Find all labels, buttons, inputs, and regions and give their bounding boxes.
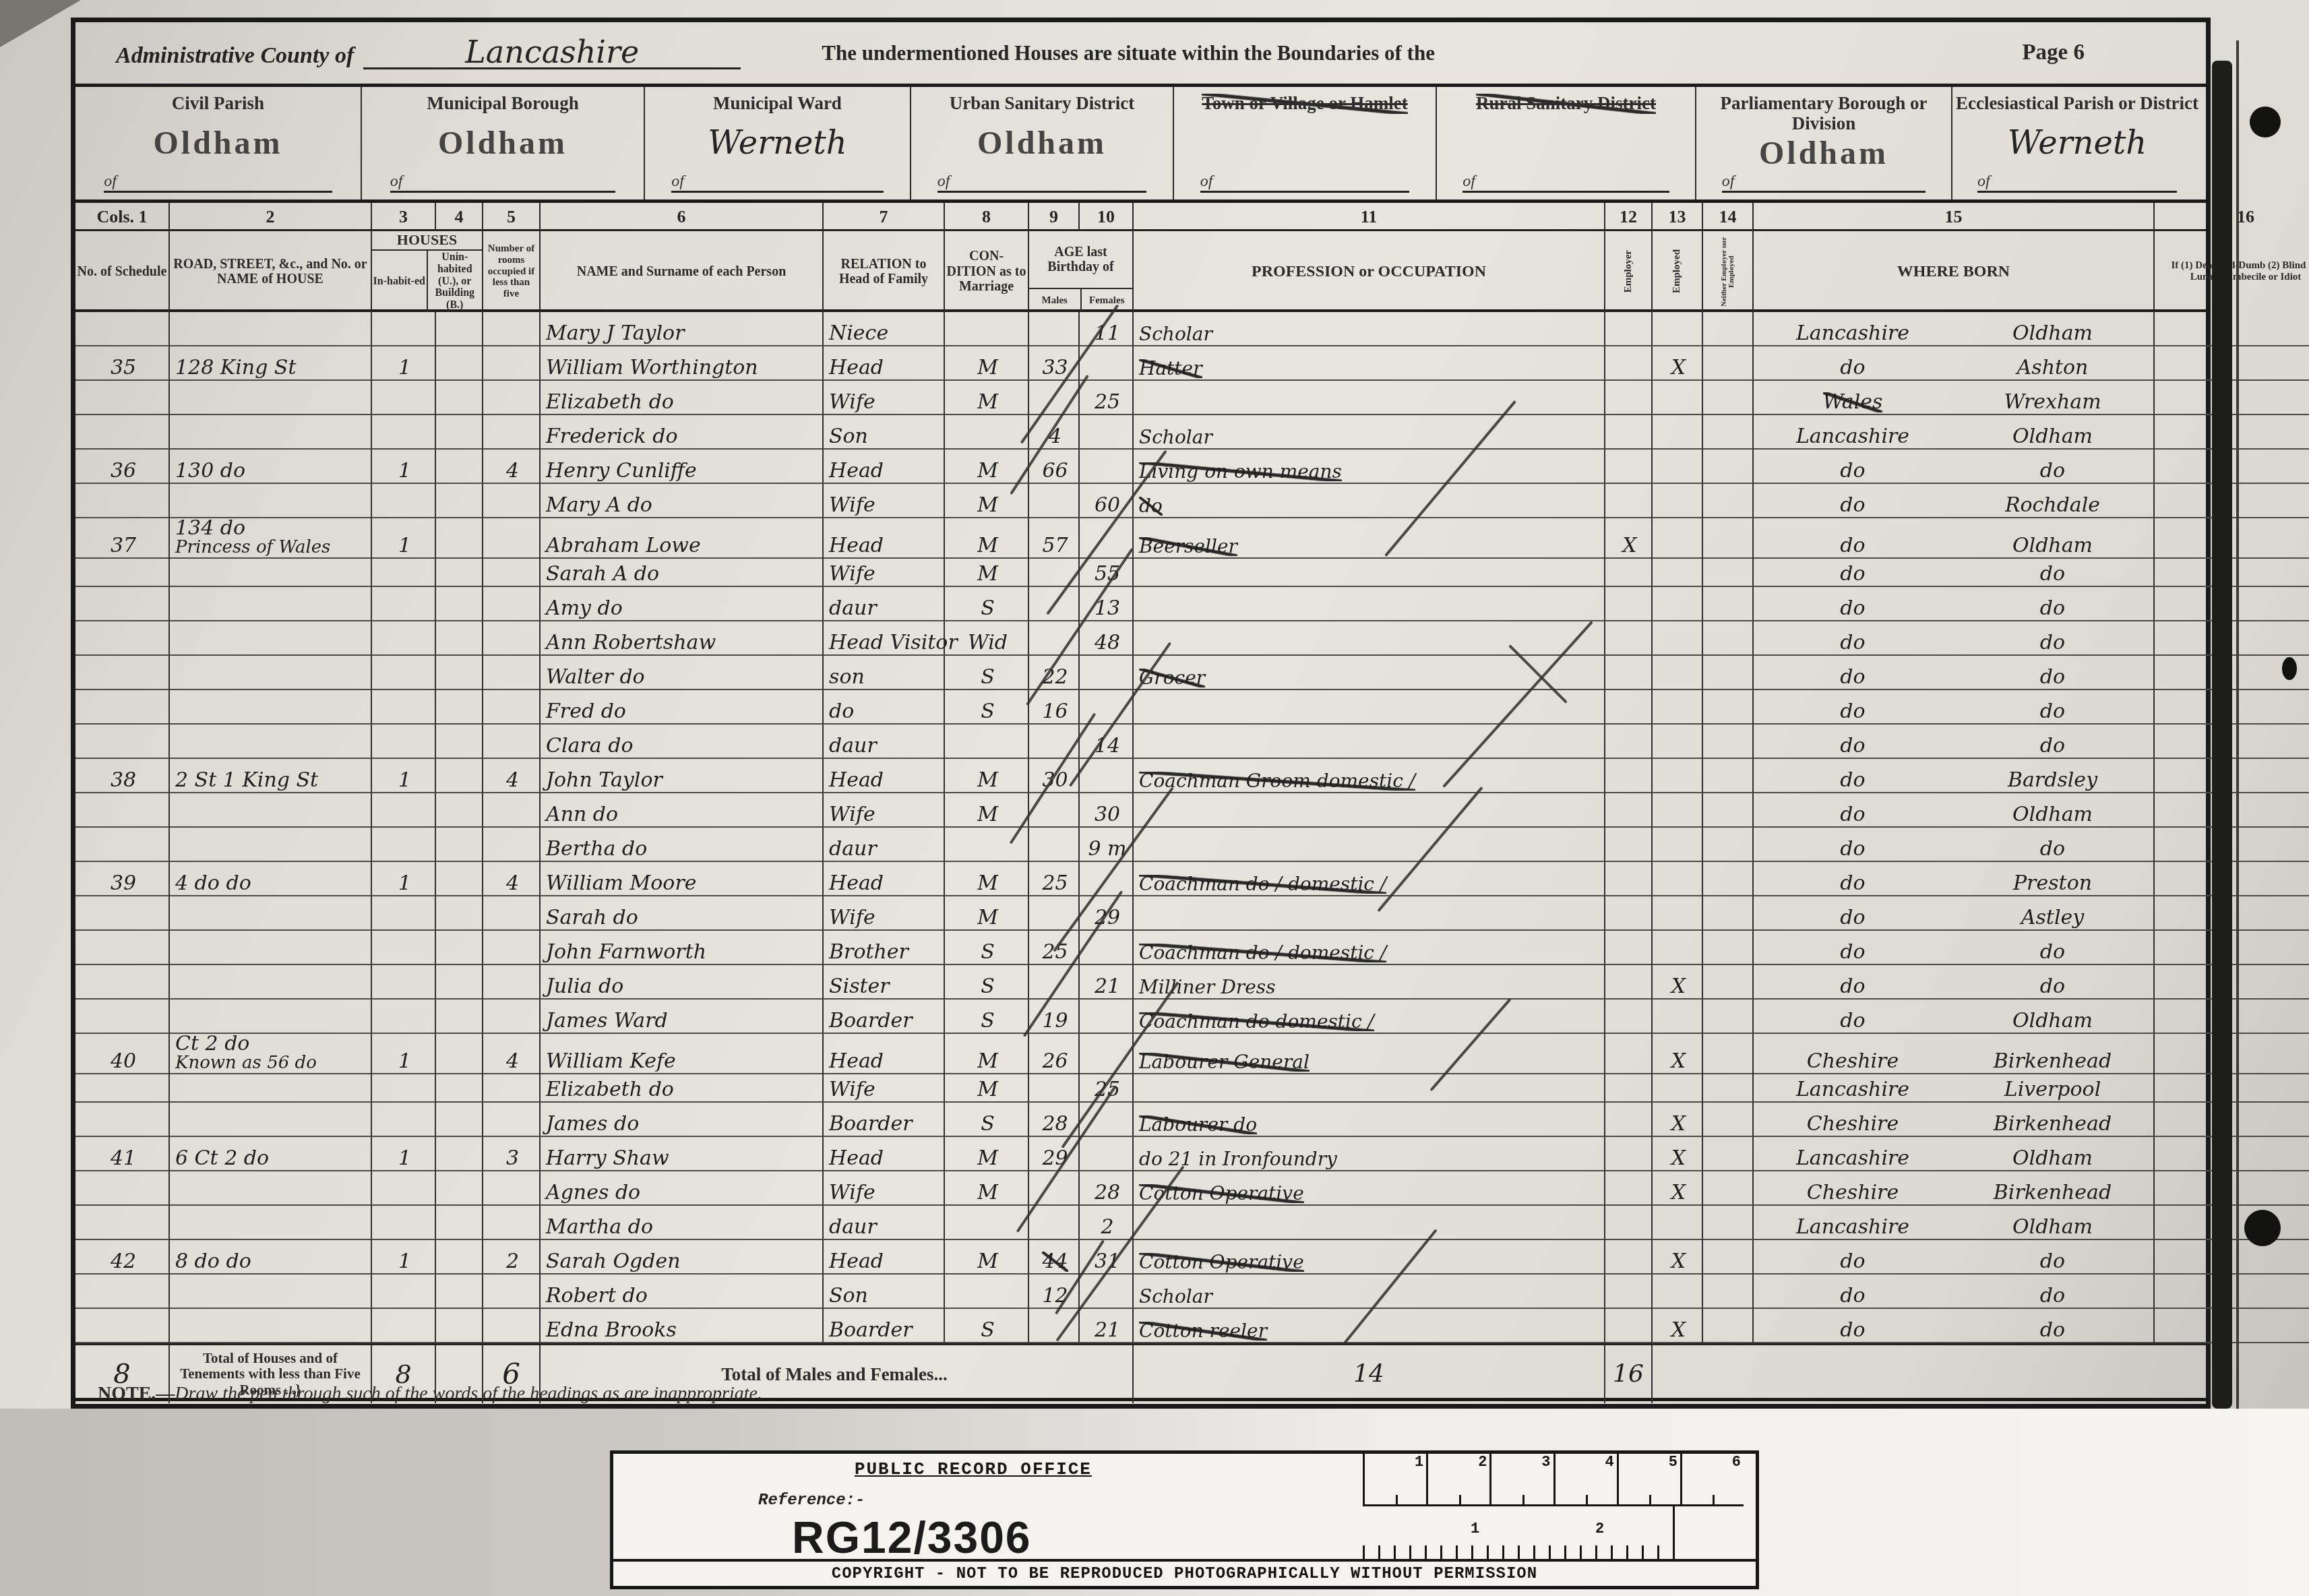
- cell-prof: Scholar: [1134, 415, 1605, 450]
- cell-addr: 4 do do: [170, 862, 372, 896]
- cell-born1: do: [1754, 896, 1949, 931]
- cell-rel: Niece: [824, 312, 945, 346]
- cell-prof: [1134, 553, 1605, 587]
- col-num: 15: [1754, 203, 2155, 231]
- cell-born2: do: [1949, 553, 2155, 587]
- cell-empd: [1653, 690, 1703, 725]
- cell-rel: do: [824, 690, 945, 725]
- cell-rel: Wife: [824, 381, 945, 415]
- cell-rooms: [483, 725, 541, 759]
- cell-born2: Wrexham: [1949, 381, 2155, 415]
- cell-sched: [75, 587, 170, 621]
- cell-addr: [170, 1206, 372, 1240]
- cell-prof: Milliner Dress: [1134, 965, 1605, 1000]
- cell-inh: [372, 312, 436, 346]
- cell-inh: [372, 1068, 436, 1103]
- cell-uninh: [436, 828, 483, 862]
- cell-empr: [1605, 312, 1653, 346]
- cell-empd: X: [1653, 1171, 1703, 1206]
- cell-name: Robert do: [541, 1275, 824, 1309]
- cell-cond: M: [945, 862, 1029, 896]
- cell-ageM: [1029, 725, 1080, 759]
- cell-uninh: [436, 1000, 483, 1034]
- district-label-struck: Rural Sanitary District: [1476, 94, 1656, 114]
- cell-empd: X: [1653, 1240, 1703, 1275]
- cell-sched: [75, 484, 170, 518]
- cell-empd: [1653, 1000, 1703, 1034]
- cell-empd: X: [1653, 346, 1703, 381]
- cell-empd: [1653, 1206, 1703, 1240]
- cell-inh: 1: [372, 759, 436, 793]
- cell-prof: Hatter: [1134, 346, 1605, 381]
- cell-nei: [1703, 1068, 1754, 1103]
- administrative-county: Administrative County of Lancashire: [116, 36, 741, 69]
- cell-inh: [372, 1206, 436, 1240]
- cell-ageM: [1029, 1068, 1080, 1103]
- cell-rooms: 3: [483, 1137, 541, 1171]
- cell-ageF: [1080, 1275, 1134, 1309]
- cell-nei: [1703, 725, 1754, 759]
- cell-name: Bertha do: [541, 828, 824, 862]
- cell-rel: Wife: [824, 793, 945, 828]
- admin-county-value-handwritten: Lancashire: [465, 34, 639, 70]
- cell-born1: Wales: [1754, 381, 1949, 415]
- stamped-value: Oldham: [153, 125, 282, 162]
- cell-inh: [372, 1103, 436, 1137]
- cell-cond: M: [945, 450, 1029, 484]
- cell-empr: [1605, 1000, 1653, 1034]
- cell-rooms: [483, 1068, 541, 1103]
- cell-prof: do: [1134, 484, 1605, 518]
- cell-name: Julia do: [541, 965, 824, 1000]
- cell-born2: do: [1949, 1240, 2155, 1275]
- cell-addr: [170, 1000, 372, 1034]
- cell-inh: [372, 793, 436, 828]
- table-row: Elizabeth doWifeM25LancashireLiverpool: [75, 1068, 2206, 1103]
- cell-born2: Astley: [1949, 896, 2155, 931]
- cell-prof: [1134, 1068, 1605, 1103]
- cell-inh: [372, 725, 436, 759]
- cell-born1: do: [1754, 450, 1949, 484]
- col-header-females: Females: [1082, 289, 1133, 312]
- table-row: 394 do do14William MooreHeadM25Coachman …: [75, 862, 2206, 896]
- cell-uninh: [436, 725, 483, 759]
- page-number: Page 6: [2022, 40, 2085, 65]
- cell-sched: [75, 656, 170, 690]
- cell-inh: [372, 621, 436, 656]
- cell-uninh: [436, 896, 483, 931]
- cell-nei: [1703, 553, 1754, 587]
- cell-prof: [1134, 793, 1605, 828]
- cell-born2: Preston: [1949, 862, 2155, 896]
- cell-born1: do: [1754, 1309, 1949, 1343]
- cell-born2: Oldham: [1949, 793, 2155, 828]
- cell-cond: S: [945, 931, 1029, 965]
- cell-cond: M: [945, 759, 1029, 793]
- cell-addr: [170, 553, 372, 587]
- cell-prof: Living on own means: [1134, 450, 1605, 484]
- cell-addr: [170, 793, 372, 828]
- cell-ageM: [1029, 965, 1080, 1000]
- page-edge-line: [2236, 40, 2239, 1409]
- col-header-name: NAME and Surname of each Person: [541, 231, 824, 312]
- cell-uninh: [436, 1137, 483, 1171]
- cell-empr: [1605, 793, 1653, 828]
- cell-prof: [1134, 1206, 1605, 1240]
- cell-rooms: [483, 793, 541, 828]
- cell-rel: daur: [824, 587, 945, 621]
- cell-uninh: [436, 793, 483, 828]
- cell-cond: [945, 725, 1029, 759]
- cell-ageF: [1080, 415, 1134, 450]
- cell-cond: M: [945, 346, 1029, 381]
- cell-cond: M: [945, 381, 1029, 415]
- cell-prof: Coachman do domestic /: [1134, 1000, 1605, 1034]
- cell-name: Sarah A do: [541, 553, 824, 587]
- cell-nei: [1703, 896, 1754, 931]
- cell-name: Amy do: [541, 587, 824, 621]
- cell-ageF: 9 m: [1080, 828, 1134, 862]
- district-label: Municipal Borough: [427, 94, 578, 114]
- cell-sched: 35: [75, 346, 170, 381]
- cell-addr: 8 do do: [170, 1240, 372, 1275]
- inch-mark: 2: [1478, 1454, 1487, 1471]
- houses-group-label: HOUSES: [372, 231, 482, 251]
- cell-rel: daur: [824, 725, 945, 759]
- cell-uninh: [436, 931, 483, 965]
- cell-cond: S: [945, 690, 1029, 725]
- cell-nei: [1703, 381, 1754, 415]
- cell-name: Ann do: [541, 793, 824, 828]
- cell-cond: S: [945, 965, 1029, 1000]
- cell-rel: son: [824, 656, 945, 690]
- of-underline: of: [104, 173, 332, 193]
- cell-addr: [170, 896, 372, 931]
- cell-sched: [75, 1171, 170, 1206]
- column-number-row: Cols. 1 2 3 4 5 6 7 8 9 10 11 12 13 14 1…: [75, 203, 2206, 231]
- cell-born1: do: [1754, 828, 1949, 862]
- cell-rooms: [483, 656, 541, 690]
- cell-ageF: [1080, 759, 1134, 793]
- cell-uninh: [436, 450, 483, 484]
- cell-cond: Wid: [945, 621, 1029, 656]
- cell-born1: do: [1754, 1275, 1949, 1309]
- cell-born2: do: [1949, 931, 2155, 965]
- cell-empd: [1653, 828, 1703, 862]
- cell-born2: do: [1949, 690, 2155, 725]
- cell-ageF: [1080, 450, 1134, 484]
- district-label: Urban Sanitary District: [950, 94, 1134, 114]
- col-num: 5: [483, 203, 541, 231]
- punch-hole-bottom: [2244, 1210, 2281, 1246]
- cell-empr: [1605, 381, 1653, 415]
- cell-born1: do: [1754, 484, 1949, 518]
- copyright-bar: COPYRIGHT - NOT TO BE REPRODUCED PHOTOGR…: [613, 1559, 1756, 1586]
- cell-rel: Wife: [824, 553, 945, 587]
- table-row: 35128 King St1William WorthingtonHeadM33…: [75, 346, 2206, 381]
- cell-rel: Head: [824, 450, 945, 484]
- table-row: Fred dodoS16dodo: [75, 690, 2206, 725]
- cell-sched: 41: [75, 1137, 170, 1171]
- cell-uninh: [436, 656, 483, 690]
- col-header-where-born: WHERE BORN: [1754, 231, 2155, 312]
- cell-rel: Boarder: [824, 1309, 945, 1343]
- cell-inh: [372, 1275, 436, 1309]
- cell-uninh: [436, 1103, 483, 1137]
- cell-born1: do: [1754, 1000, 1949, 1034]
- cell-cond: M: [945, 896, 1029, 931]
- cell-born1: Lancashire: [1754, 1068, 1949, 1103]
- cell-sched: [75, 725, 170, 759]
- cell-sched: 38: [75, 759, 170, 793]
- cell-nei: [1703, 1000, 1754, 1034]
- cell-uninh: [436, 1206, 483, 1240]
- cell-cond: [945, 312, 1029, 346]
- cell-born1: Lancashire: [1754, 1206, 1949, 1240]
- cell-nei: [1703, 862, 1754, 896]
- cell-empd: [1653, 931, 1703, 965]
- cell-sched: [75, 690, 170, 725]
- cell-empd: X: [1653, 965, 1703, 1000]
- cell-name: Clara do: [541, 725, 824, 759]
- cell-empr: [1605, 1309, 1653, 1343]
- cell-ageF: 30: [1080, 793, 1134, 828]
- cell-ageF: [1080, 656, 1134, 690]
- cell-addr: [170, 725, 372, 759]
- cell-name: Elizabeth do: [541, 1068, 824, 1103]
- cell-uninh: [436, 415, 483, 450]
- of-underline: of: [390, 173, 615, 193]
- cell-rooms: [483, 312, 541, 346]
- col-header-profession: PROFESSION or OCCUPATION: [1134, 231, 1605, 312]
- cell-nei: [1703, 690, 1754, 725]
- cell-nei: [1703, 1103, 1754, 1137]
- cell-addr: [170, 484, 372, 518]
- cell-name: Agnes do: [541, 1171, 824, 1206]
- col-header-employer: Employer: [1624, 250, 1634, 293]
- district-civil-parish: Civil Parish Oldham of: [75, 87, 362, 199]
- cell-born1: Lancashire: [1754, 415, 1949, 450]
- cm-mark: 2: [1595, 1521, 1604, 1537]
- cell-name: James do: [541, 1103, 824, 1137]
- column-header-row: No. of Schedule ROAD, STREET, &c., and N…: [75, 231, 2206, 312]
- col-num: 12: [1605, 203, 1653, 231]
- cell-empd: X: [1653, 1309, 1703, 1343]
- cell-cond: [945, 1206, 1029, 1240]
- cell-ageM: 44: [1029, 1240, 1080, 1275]
- cell-rooms: 4: [483, 759, 541, 793]
- cell-empr: [1605, 1137, 1653, 1171]
- cell-prof: [1134, 690, 1605, 725]
- cell-inh: [372, 896, 436, 931]
- cell-prof: Cotton Operative: [1134, 1171, 1605, 1206]
- cell-empr: [1605, 621, 1653, 656]
- col-num: 14: [1703, 203, 1754, 231]
- cell-inh: [372, 1171, 436, 1206]
- cell-rel: Head: [824, 1240, 945, 1275]
- cell-sched: [75, 621, 170, 656]
- cell-cond: M: [945, 1068, 1029, 1103]
- table-row: 40Ct 2 doKnown as 56 do14William KefeHea…: [75, 1034, 2206, 1068]
- table-row: Sarah A doWifeM55dodo: [75, 553, 2206, 587]
- col-header-relation: RELATION to Head of Family: [824, 231, 945, 312]
- col-header-neither: Neither Employer nor Employed: [1721, 234, 1735, 309]
- cell-born1: do: [1754, 1240, 1949, 1275]
- cell-nei: [1703, 346, 1754, 381]
- table-row: Frederick doSon4ScholarLancashireOldham: [75, 415, 2206, 450]
- col-num: 13: [1653, 203, 1703, 231]
- totals-mf-label: Total of Males and Females...: [721, 1364, 948, 1385]
- cell-uninh: [436, 690, 483, 725]
- cell-addr: [170, 1103, 372, 1137]
- note-prefix: NOTE.—: [98, 1383, 175, 1404]
- table-body: Mary J TaylorNiece11ScholarLancashireOld…: [75, 312, 2206, 1343]
- cell-empd: [1653, 759, 1703, 793]
- cell-addr: [170, 1275, 372, 1309]
- cell-nei: [1703, 587, 1754, 621]
- cell-born1: do: [1754, 759, 1949, 793]
- total-females: 16: [1613, 1362, 1644, 1386]
- inch-ruler: 1 2 3 4 5 6: [1363, 1454, 1744, 1506]
- cell-ageF: 21: [1080, 1309, 1134, 1343]
- cell-prof: [1134, 587, 1605, 621]
- cell-inh: [372, 931, 436, 965]
- cell-empd: [1653, 312, 1703, 346]
- district-rural-sanitary: Rural Sanitary District of: [1437, 87, 1696, 199]
- cell-born1: Cheshire: [1754, 1171, 1949, 1206]
- cell-nei: [1703, 484, 1754, 518]
- col-header-houses: HOUSES In-habit-ed Unin-habited (U.), or…: [372, 231, 483, 312]
- cell-empd: [1653, 553, 1703, 587]
- public-record-office-stamp: PUBLIC RECORD OFFICE Reference:- RG12/33…: [610, 1450, 1759, 1589]
- admin-county-underline: Lancashire: [363, 36, 741, 69]
- cell-born1: do: [1754, 587, 1949, 621]
- cell-rel: Wife: [824, 1171, 945, 1206]
- cell-ageF: [1080, 1137, 1134, 1171]
- cell-addr: [170, 965, 372, 1000]
- cell-empr: [1605, 725, 1653, 759]
- cell-name: John Farnworth: [541, 931, 824, 965]
- cell-uninh: [436, 312, 483, 346]
- cell-rooms: [483, 965, 541, 1000]
- col-num: Cols. 1: [75, 203, 170, 231]
- col-num: 2: [170, 203, 372, 231]
- table-row: Ann RobertshawHead VisitorWid48dodo: [75, 621, 2206, 656]
- cell-born1: do: [1754, 725, 1949, 759]
- cell-born2: Bardsley: [1949, 759, 2155, 793]
- cell-addr: [170, 415, 372, 450]
- of-underline: of: [671, 173, 883, 193]
- cell-cond: S: [945, 1309, 1029, 1343]
- cell-empr: [1605, 1068, 1653, 1103]
- district-parliamentary-borough: Parliamentary Borough or Division Oldham…: [1696, 87, 1952, 199]
- cell-born1: Cheshire: [1754, 1103, 1949, 1137]
- cell-empr: [1605, 1240, 1653, 1275]
- cell-rel: Boarder: [824, 1103, 945, 1137]
- col-header-road: ROAD, STREET, &c., and No. or NAME of HO…: [170, 231, 372, 312]
- cell-empr: [1605, 587, 1653, 621]
- cell-rooms: [483, 1171, 541, 1206]
- table-row: James WardBoarderS19Coachman do domestic…: [75, 1000, 2206, 1034]
- cell-inh: [372, 965, 436, 1000]
- cell-inh: 1: [372, 862, 436, 896]
- cell-sched: [75, 1068, 170, 1103]
- cell-uninh: [436, 346, 483, 381]
- cell-name: Elizabeth do: [541, 381, 824, 415]
- cell-rooms: [483, 1309, 541, 1343]
- cell-prof: Scholar: [1134, 1275, 1605, 1309]
- cell-prof: Cotton Operative: [1134, 1240, 1605, 1275]
- ink-blot: [2282, 657, 2297, 680]
- cell-uninh: [436, 759, 483, 793]
- cell-sched: [75, 1275, 170, 1309]
- cell-ageF: 48: [1080, 621, 1134, 656]
- cell-cond: M: [945, 1171, 1029, 1206]
- district-label: Parliamentary Borough or Division: [1696, 94, 1951, 133]
- district-municipal-borough: Municipal Borough Oldham of: [362, 87, 645, 199]
- cell-rooms: 4: [483, 862, 541, 896]
- cell-born1: Lancashire: [1754, 1137, 1949, 1171]
- cell-born2: do: [1949, 1275, 2155, 1309]
- cell-empd: [1653, 656, 1703, 690]
- col-num: 4: [436, 203, 483, 231]
- cell-cond: M: [945, 553, 1029, 587]
- cell-inh: [372, 1309, 436, 1343]
- col-num: 9: [1029, 203, 1080, 231]
- cell-cond: M: [945, 1137, 1029, 1171]
- cell-ageM: 25: [1029, 862, 1080, 896]
- cell-inh: [372, 553, 436, 587]
- cell-addr: [170, 312, 372, 346]
- cell-born2: do: [1949, 828, 2155, 862]
- district-label: Municipal Ward: [713, 94, 842, 114]
- cell-empr: [1605, 931, 1653, 965]
- cell-sched: [75, 1000, 170, 1034]
- cell-born1: do: [1754, 690, 1949, 725]
- cell-rel: Head: [824, 759, 945, 793]
- cell-uninh: [436, 1275, 483, 1309]
- total-males: 14: [1353, 1362, 1384, 1386]
- table-row: 36130 do14Henry CunliffeHeadM66Living on…: [75, 450, 2206, 484]
- reference-label: Reference:-: [758, 1492, 865, 1510]
- inch-mark: 1: [1415, 1454, 1423, 1471]
- cell-sched: [75, 896, 170, 931]
- col-header-employed: Employed: [1672, 249, 1682, 293]
- cell-born1: Lancashire: [1754, 312, 1949, 346]
- cell-sched: [75, 381, 170, 415]
- cell-empd: [1653, 450, 1703, 484]
- cell-name: Sarah do: [541, 896, 824, 931]
- cell-inh: [372, 587, 436, 621]
- cell-rooms: [483, 381, 541, 415]
- handwritten-value: Werneth: [2008, 124, 2147, 162]
- cell-sched: [75, 1103, 170, 1137]
- cell-nei: [1703, 793, 1754, 828]
- cell-addr: 6 Ct 2 do: [170, 1137, 372, 1171]
- cell-rooms: 2: [483, 1240, 541, 1275]
- cell-addr: [170, 931, 372, 965]
- cell-empd: [1653, 896, 1703, 931]
- cell-prof: Labourer do: [1134, 1103, 1605, 1137]
- cell-name: William Worthington: [541, 346, 824, 381]
- col-num: 3: [372, 203, 436, 231]
- cell-prof: [1134, 896, 1605, 931]
- cell-cond: [945, 415, 1029, 450]
- cell-name: Sarah Ogden: [541, 1240, 824, 1275]
- cell-uninh: [436, 553, 483, 587]
- scanned-census-form: Administrative County of Lancashire The …: [0, 0, 2309, 1409]
- table-row: Amy dodaurS13dodo: [75, 587, 2206, 621]
